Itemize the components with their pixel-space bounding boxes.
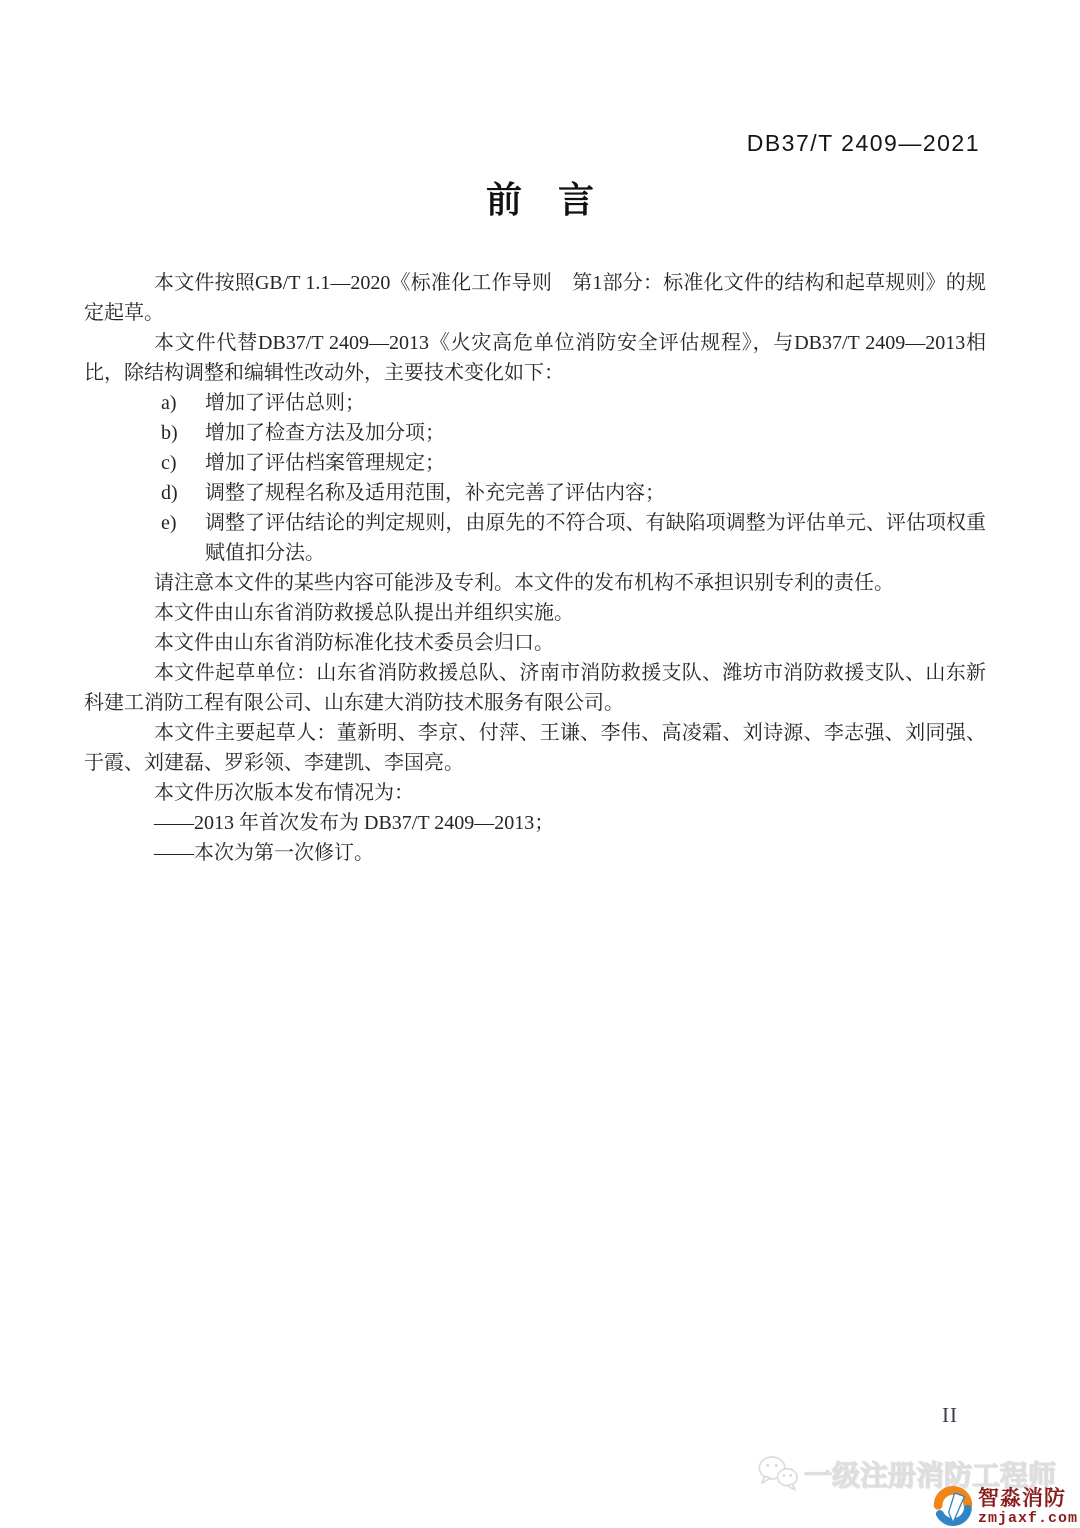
foreword-body: 本文件按照GB/T 1.1—2020《标准化工作导则 第1部分：标准化文件的结构… <box>84 268 986 868</box>
list-item-d: d) 调整了规程名称及适用范围，补充完善了评估内容； <box>84 478 986 508</box>
list-marker-b: b) <box>161 418 178 448</box>
paragraph-proposed-by: 本文件由山东省消防救援总队提出并组织实施。 <box>84 598 986 628</box>
list-marker-e: e) <box>161 508 177 538</box>
list-text-c: 增加了评估档案管理规定； <box>205 452 445 474</box>
zhimiao-logo: 智淼消防 zmjaxf.com <box>931 1486 1078 1528</box>
paragraph-drafters: 本文件主要起草人：董新明、李京、付萍、王谦、李伟、高凌霜、刘诗源、李志强、刘同强… <box>84 718 986 778</box>
list-marker-c: c) <box>161 448 177 478</box>
list-item-c: c) 增加了评估档案管理规定； <box>84 448 986 478</box>
list-item-e: e) 调整了评估结论的判定规则，由原先的不符合项、有缺陷项调整为评估单元、评估项… <box>84 508 986 568</box>
list-text-d: 调整了规程名称及适用范围，补充完善了评估内容； <box>205 482 665 504</box>
page-title: 前 言 <box>0 172 1080 223</box>
zhimiao-swoosh-icon <box>931 1486 975 1528</box>
paragraph-version-history-intro: 本文件历次版本发布情况为： <box>84 778 986 808</box>
document-page: DB37/T 2409—2021 前 言 本文件按照GB/T 1.1—2020《… <box>0 0 1080 1528</box>
zhimiao-logo-name: 智淼消防 <box>978 1488 1078 1509</box>
paragraph-centralized-by: 本文件由山东省消防标准化技术委员会归口。 <box>84 628 986 658</box>
paragraph-patent-notice: 请注意本文件的某些内容可能涉及专利。本文件的发布机构不承担识别专利的责任。 <box>84 568 986 598</box>
list-marker-a: a) <box>161 388 177 418</box>
list-text-b: 增加了检查方法及加分项； <box>205 422 445 444</box>
paragraph-drafting-units: 本文件起草单位：山东省消防救援总队、济南市消防救援支队、潍坊市消防救援支队、山东… <box>84 658 986 718</box>
list-text-a: 增加了评估总则； <box>205 392 365 414</box>
history-item-revision: ——本次为第一次修订。 <box>84 838 986 868</box>
page-number: II <box>930 1403 970 1428</box>
paragraph-drafting-rule: 本文件按照GB/T 1.1—2020《标准化工作导则 第1部分：标准化文件的结构… <box>84 268 986 328</box>
list-marker-d: d) <box>161 478 178 508</box>
list-text-e: 调整了评估结论的判定规则，由原先的不符合项、有缺陷项调整为评估单元、评估项权重赋… <box>205 512 986 564</box>
list-item-b: b) 增加了检查方法及加分项； <box>84 418 986 448</box>
history-item-first-release: ——2013 年首次发布为 DB37/T 2409—2013； <box>84 808 986 838</box>
zhimiao-logo-url: zmjaxf.com <box>978 1511 1078 1526</box>
watermark-strip: 一级注册消防工程师 智淼消防 zmjaxf.com <box>740 1438 1080 1528</box>
standard-number: DB37/T 2409—2021 <box>747 130 980 157</box>
paragraph-replacement: 本文件代替DB37/T 2409—2013《火灾高危单位消防安全评估规程》，与D… <box>84 328 986 388</box>
list-item-a: a) 增加了评估总则； <box>84 388 986 418</box>
wechat-icon <box>756 1453 800 1493</box>
